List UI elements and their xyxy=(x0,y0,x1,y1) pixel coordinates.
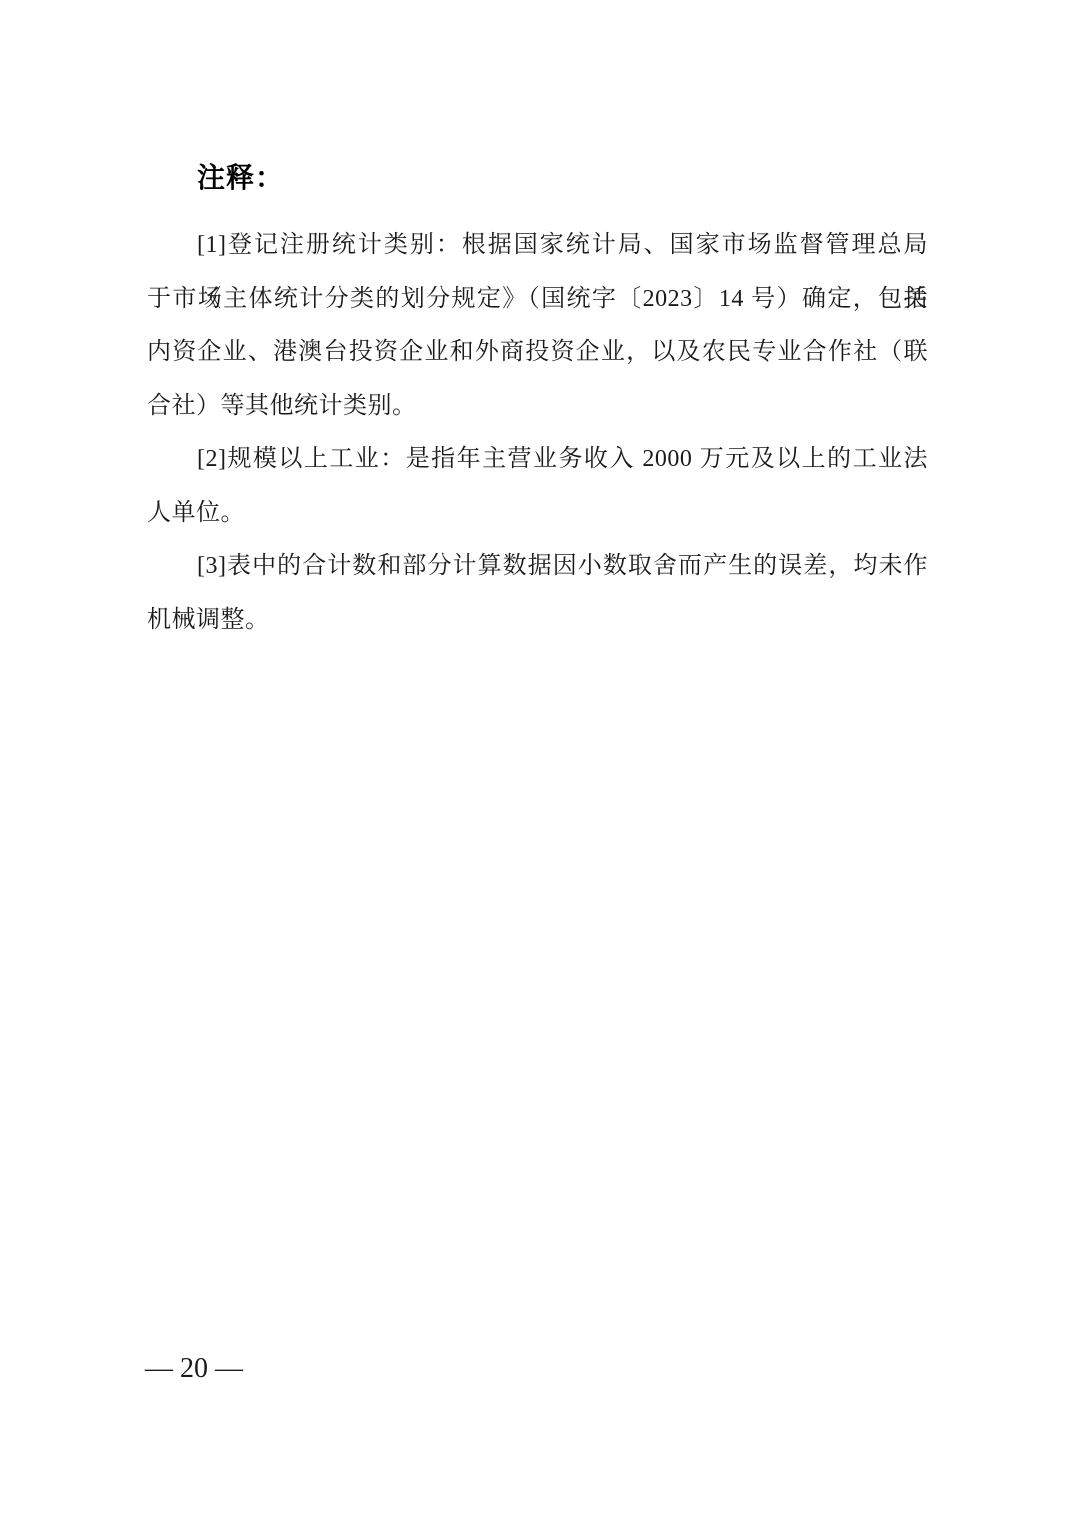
note-1-line-3: 内资企业、港澳台投资企业和外商投资企业，以及农民专业合作社（联 xyxy=(147,326,928,380)
note-2-line-1: [2]规模以上工业：是指年主营业务收入 2000 万元及以上的工业法 xyxy=(147,433,928,487)
note-1-line-1: [1]登记注册统计类别：根据国家统计局、国家市场监督管理总局《关 xyxy=(147,219,928,273)
note-1-line-4: 合社）等其他统计类别。 xyxy=(147,380,928,434)
note-2: [2]规模以上工业：是指年主营业务收入 2000 万元及以上的工业法 人单位。 xyxy=(147,433,928,540)
document-page: 注释： [1]登记注册统计类别：根据国家统计局、国家市场监督管理总局《关 于市场… xyxy=(0,0,1074,1520)
note-3-line-2: 机械调整。 xyxy=(147,594,928,648)
note-3-line-1: [3]表中的合计数和部分计算数据因小数取舍而产生的误差，均未作 xyxy=(147,540,928,594)
notes-heading: 注释： xyxy=(197,162,284,194)
note-1-line-2: 于市场主体统计分类的划分规定》（国统字〔2023〕14 号）确定，包括 xyxy=(147,273,928,327)
page-number: — 20 — xyxy=(145,1353,243,1385)
notes-body: [1]登记注册统计类别：根据国家统计局、国家市场监督管理总局《关 于市场主体统计… xyxy=(147,219,928,647)
note-1: [1]登记注册统计类别：根据国家统计局、国家市场监督管理总局《关 于市场主体统计… xyxy=(147,219,928,433)
note-3: [3]表中的合计数和部分计算数据因小数取舍而产生的误差，均未作 机械调整。 xyxy=(147,540,928,647)
note-2-line-2: 人单位。 xyxy=(147,487,928,541)
